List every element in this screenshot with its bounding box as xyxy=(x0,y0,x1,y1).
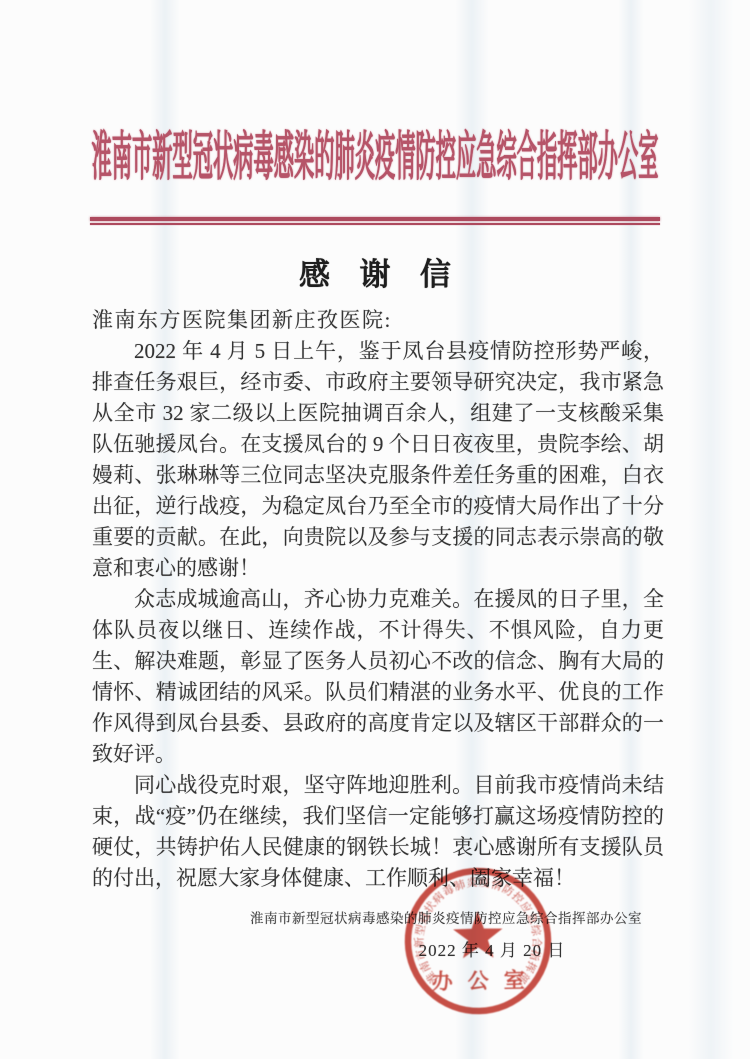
official-red-seal: 淮南市新型冠状病毒肺炎疫情防控应急综合指挥部 办公室 xyxy=(400,863,557,1020)
paragraph-2: 众志成城逾高山，齐心协力克难关。在援凤的日子里，全体队员夜以继日、连续作战，不计… xyxy=(92,584,664,770)
letterhead: 淮南市新型冠状病毒感染的肺炎疫情防控应急综合指挥部办公室 xyxy=(0,116,750,188)
salutation: 淮南东方医院集团新庄孜医院: xyxy=(92,305,664,336)
divider-thin-line xyxy=(90,223,660,225)
letter-title-row: 感谢信 xyxy=(0,249,750,294)
divider-thick-line xyxy=(90,217,660,221)
letter-title: 感谢信 xyxy=(299,257,480,292)
paragraph-1: 2022 年 4 月 5 日上午，鉴于凤台县疫情防控形势严峻，排查任务艰巨，经市… xyxy=(92,336,664,584)
letter-body: 淮南东方医院集团新庄孜医院: 2022 年 4 月 5 日上午，鉴于凤台县疫情防… xyxy=(92,305,664,894)
seal-center-text: 办公室 xyxy=(431,968,539,994)
letterhead-org-name: 淮南市新型冠状病毒感染的肺炎疫情防控应急综合指挥部办公室 xyxy=(92,114,659,190)
star-icon xyxy=(453,911,503,959)
paragraph-3: 同心战役克时艰，坚守阵地迎胜利。目前我市疫情尚未结束，战“疫”仍在继续，我们坚信… xyxy=(92,770,664,894)
letterhead-divider xyxy=(90,217,660,225)
scanned-letter-page: 淮南市新型冠状病毒感染的肺炎疫情防控应急综合指挥部办公室 感谢信 淮南东方医院集… xyxy=(0,0,750,1059)
